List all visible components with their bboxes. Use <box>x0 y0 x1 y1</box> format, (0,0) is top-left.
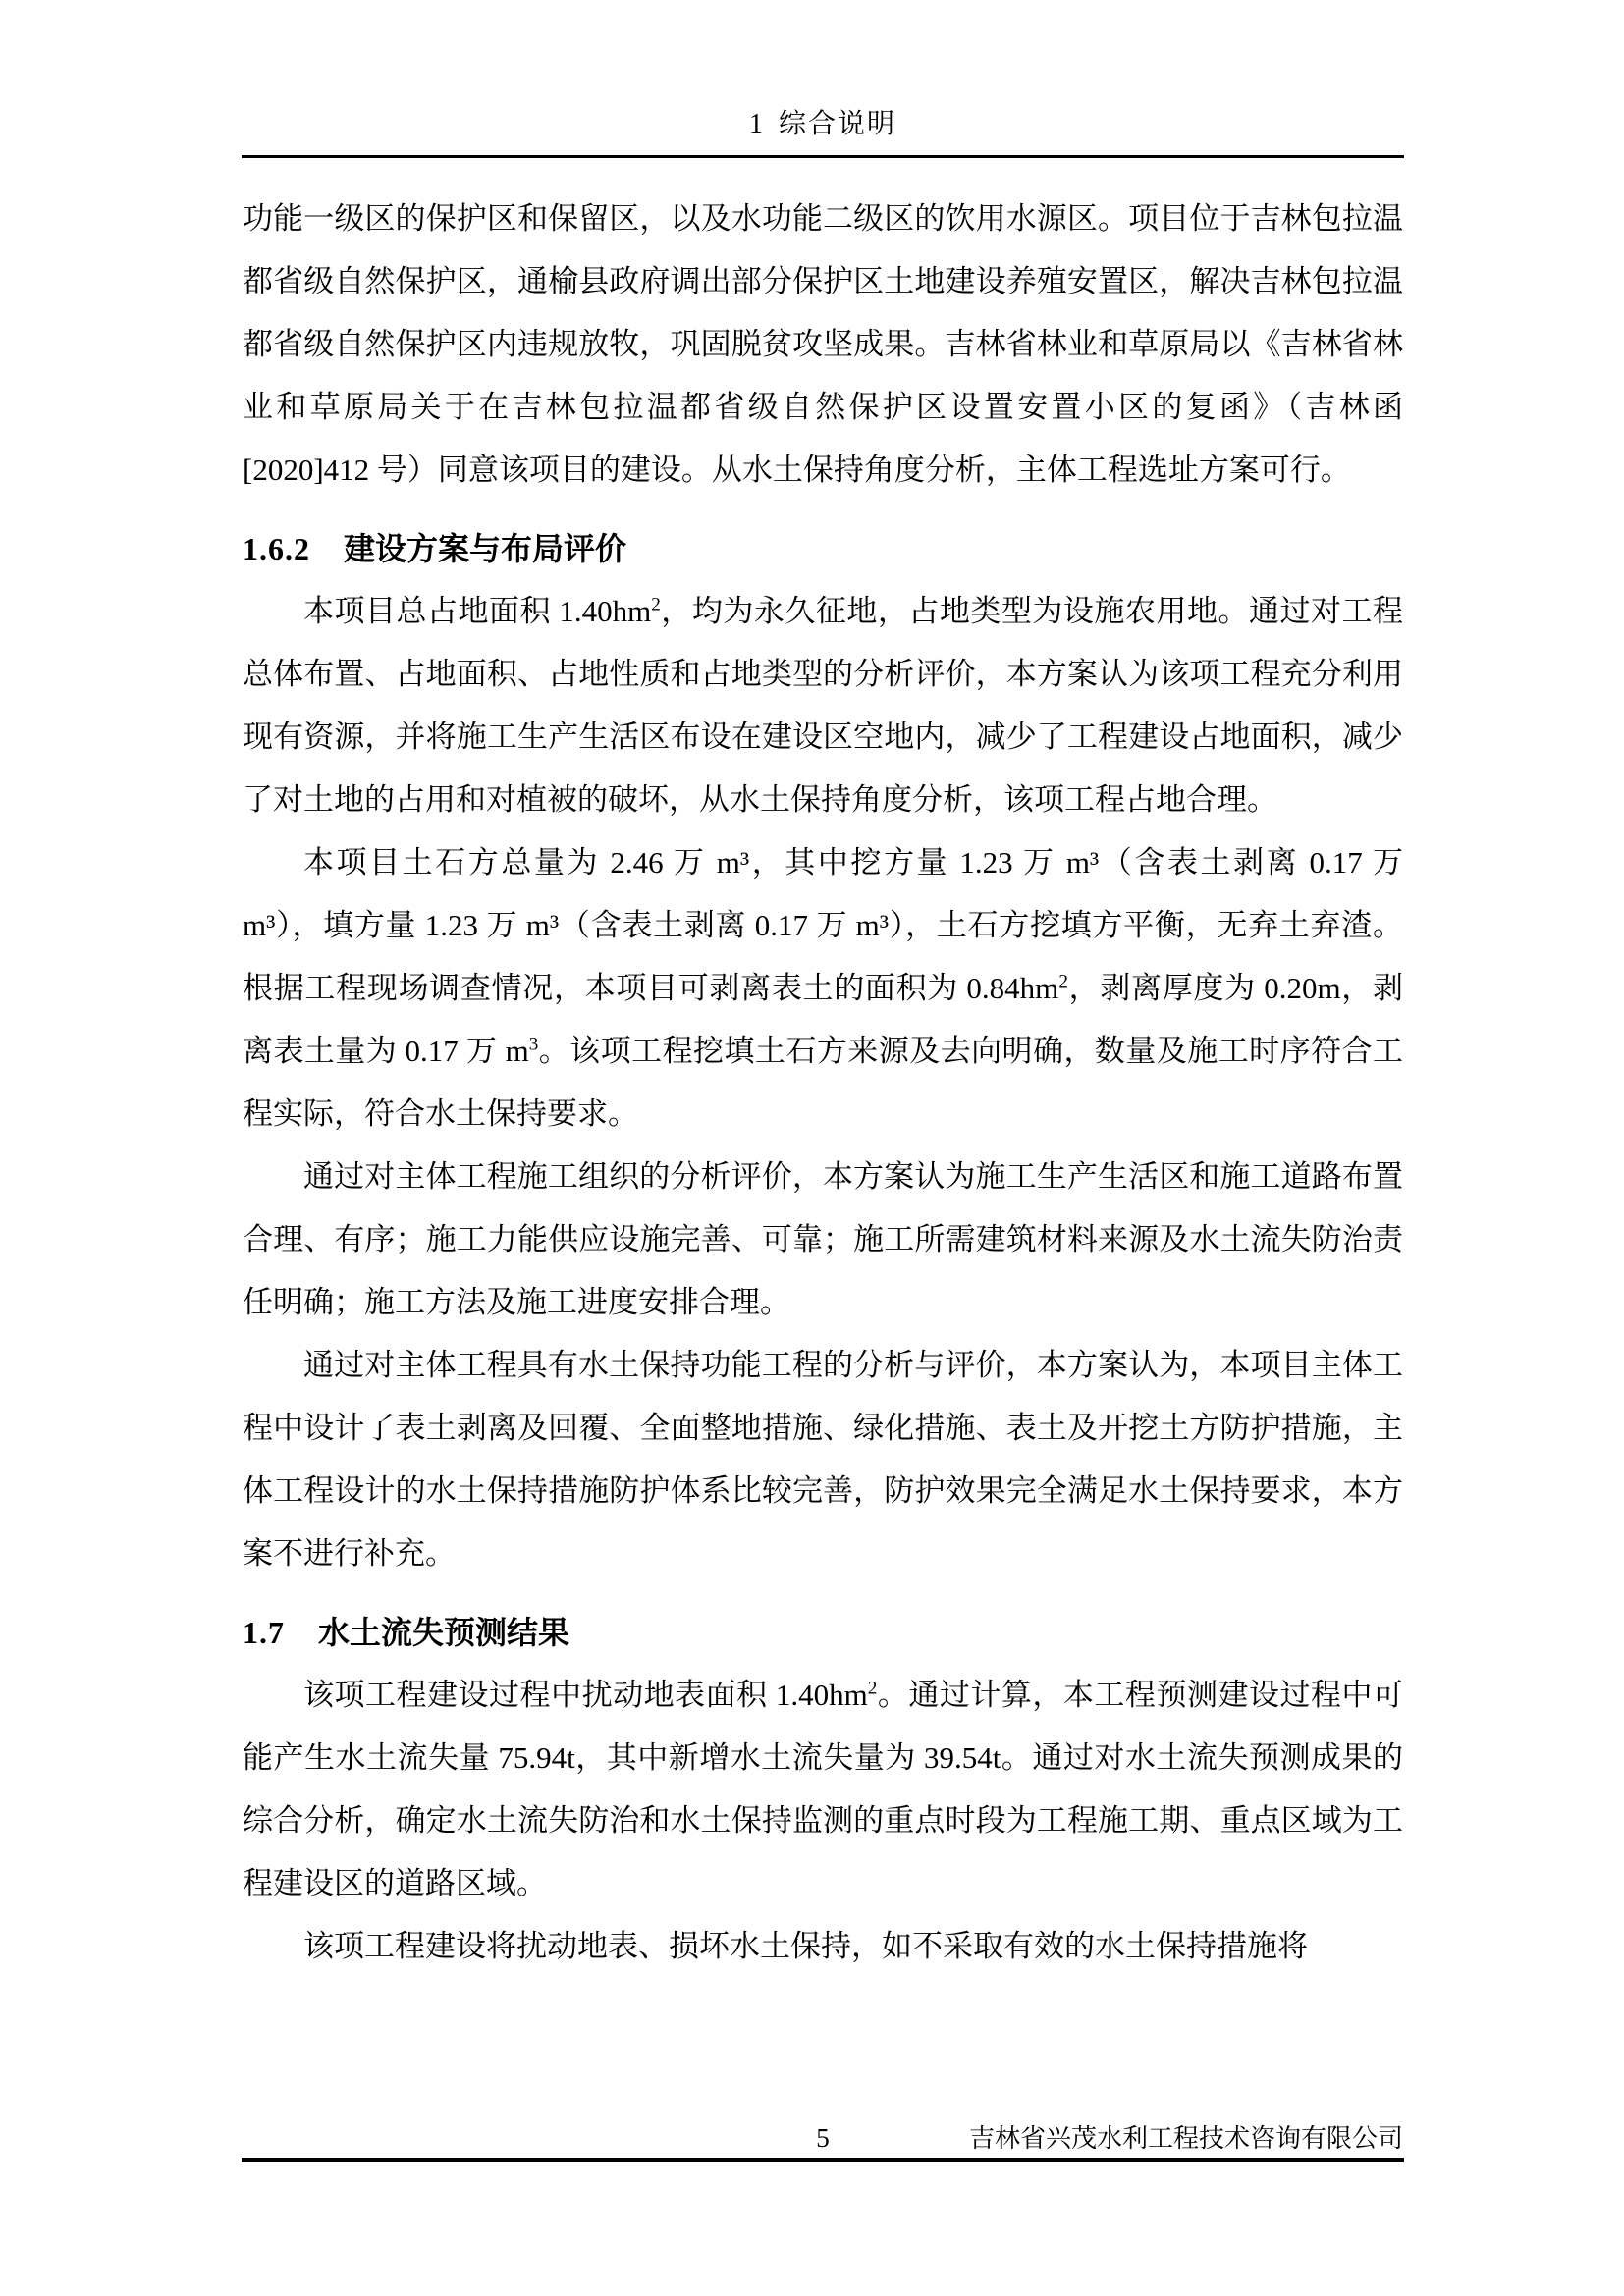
paragraph: 本项目土石方总量为 2.46 万 m³，其中挖方量 1.23 万 m³（含表土剥… <box>243 831 1403 1146</box>
text-run: 该项工程建设将扰动地表、损坏水土保持，如不采取有效的水土保持措施将 <box>303 1929 1308 1963</box>
section-title: 建设方案与布局评价 <box>344 531 626 566</box>
text-run: 通过对主体工程具有水土保持功能工程的分析与评价，本方案认为，本项目主体工程中设计… <box>243 1348 1403 1571</box>
text-run: 通过对主体工程施工组织的分析评价，本方案认为施工生产生活区和施工道路布置合理、有… <box>243 1159 1403 1319</box>
header-rule <box>242 155 1404 158</box>
footer-rule <box>242 2158 1404 2162</box>
footer-company-name: 吉林省兴茂水利工程技术咨询有限公司 <box>969 2119 1403 2159</box>
section-number: 1.7 <box>243 1615 285 1650</box>
paragraph: 本项目总占地面积 1.40hm2，均为永久征地，占地类型为设施农用地。通过对工程… <box>243 580 1403 831</box>
page-footer: 5 吉林省兴茂水利工程技术咨询有限公司 <box>243 2118 1403 2158</box>
superscript: 3 <box>529 1035 539 1055</box>
page-header: 1综合说明 <box>243 104 1403 145</box>
paragraph: 该项工程建设将扰动地表、损坏水土保持，如不采取有效的水土保持措施将 <box>243 1915 1403 1978</box>
text-run: 功能一级区的保护区和保留区，以及水功能二级区的饮用水源区。项目位于吉林包拉温都省… <box>243 201 1403 487</box>
section-heading: 1.6.2建设方案与布局评价 <box>243 517 1403 580</box>
text-run: 该项工程建设过程中扰动地表面积 1.40hm <box>303 1678 868 1712</box>
section-heading: 1.7水土流失预测结果 <box>243 1601 1403 1664</box>
superscript: 2 <box>868 1679 878 1699</box>
header-chapter-number: 1 <box>749 109 763 139</box>
document-page: 1综合说明 功能一级区的保护区和保留区，以及水功能二级区的饮用水源区。项目位于吉… <box>0 0 1624 2296</box>
superscript: 2 <box>651 595 661 615</box>
text-run: 本项目总占地面积 1.40hm <box>303 594 651 628</box>
paragraph: 通过对主体工程施工组织的分析评价，本方案认为施工生产生活区和施工道路布置合理、有… <box>243 1146 1403 1334</box>
section-number: 1.6.2 <box>243 531 310 566</box>
paragraph: 功能一级区的保护区和保留区，以及水功能二级区的饮用水源区。项目位于吉林包拉温都省… <box>243 187 1403 502</box>
section-title: 水土流失预测结果 <box>318 1615 569 1650</box>
paragraph: 通过对主体工程具有水土保持功能工程的分析与评价，本方案认为，本项目主体工程中设计… <box>243 1334 1403 1585</box>
header-chapter-title: 综合说明 <box>779 109 896 139</box>
superscript: 2 <box>1058 972 1068 992</box>
document-body: 功能一级区的保护区和保留区，以及水功能二级区的饮用水源区。项目位于吉林包拉温都省… <box>243 187 1403 1978</box>
paragraph: 该项工程建设过程中扰动地表面积 1.40hm2。通过计算，本工程预测建设过程中可… <box>243 1664 1403 1915</box>
